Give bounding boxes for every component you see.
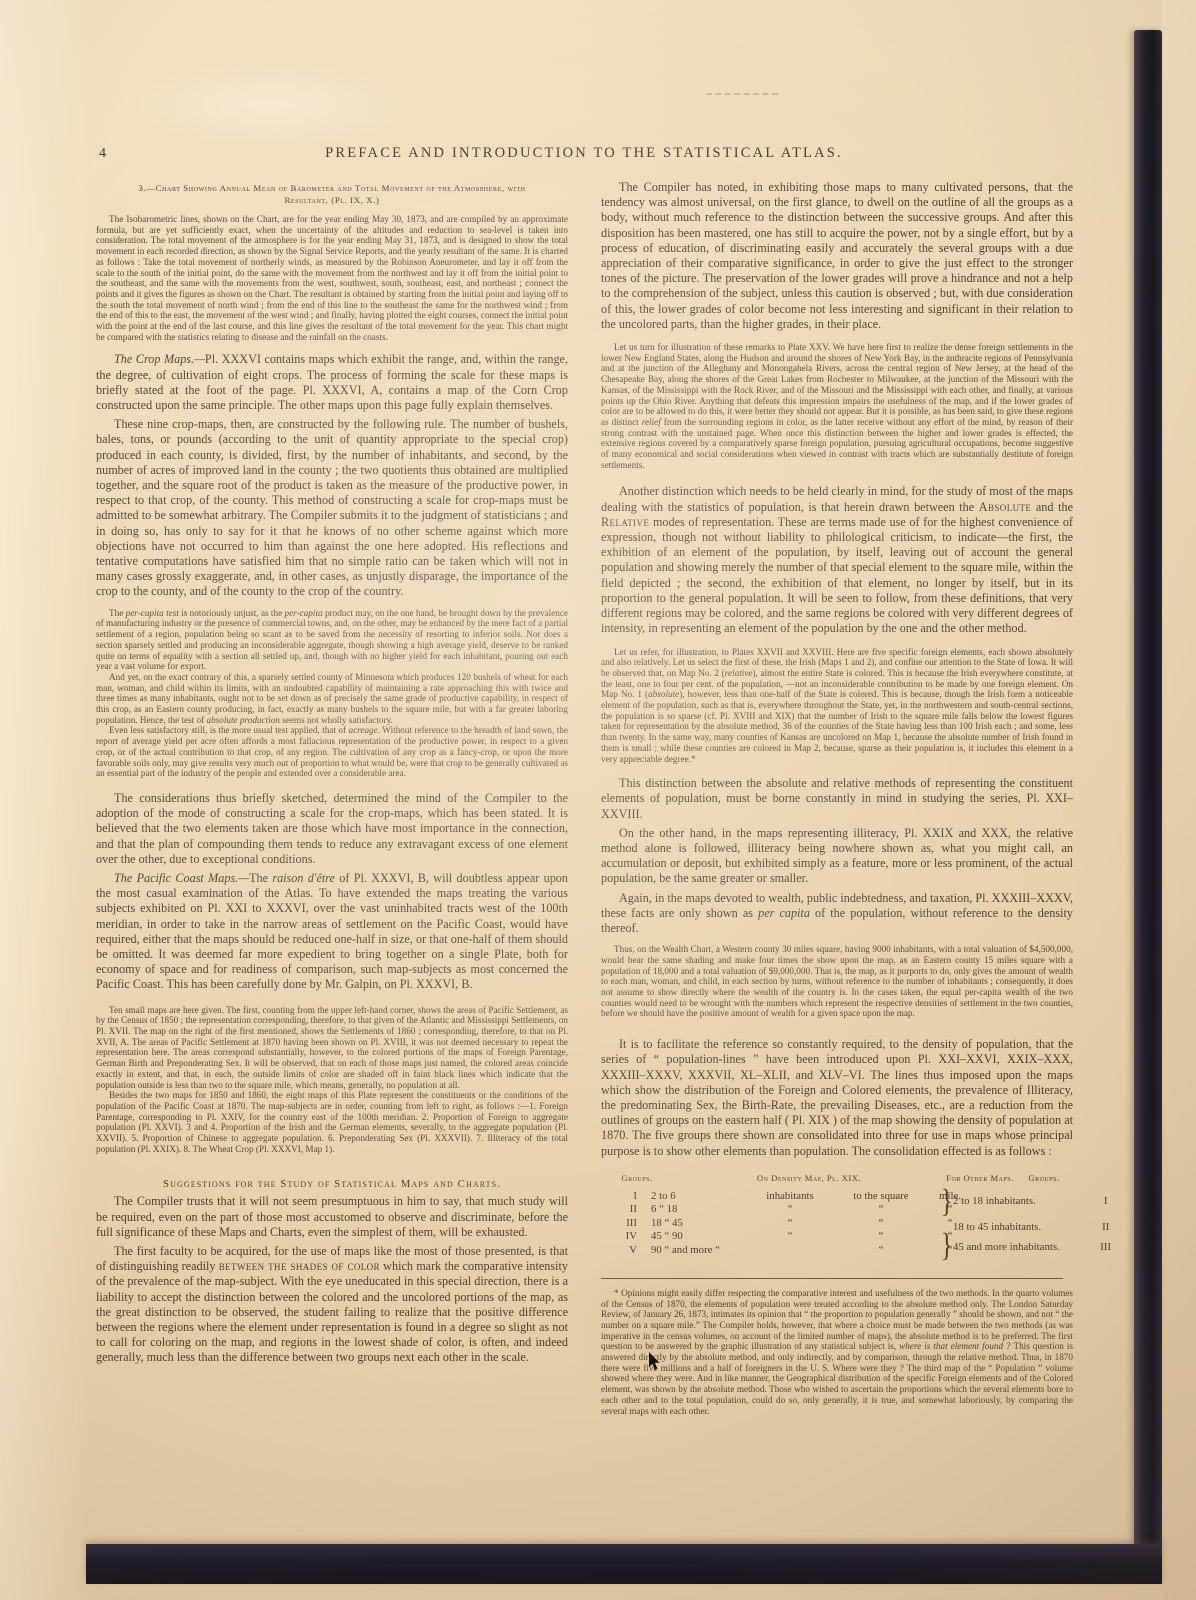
section-heading: 3.—Chart Showing Annual Mean of Baromete…	[96, 183, 568, 206]
paragraph-compiler-trusts: The Compiler trusts that it will not see…	[96, 1194, 568, 1240]
group-numeral: II	[1084, 1221, 1128, 1233]
ditto-mark: “	[833, 1244, 929, 1258]
ditto-mark: “	[833, 1217, 929, 1231]
paragraph-ten-small-maps: Ten small maps are here given. The first…	[96, 1005, 568, 1091]
paragraph-facilitate: It is to facilitate the reference so con…	[601, 1037, 1073, 1159]
suggestions-heading: Suggestions for the Study of Statistical…	[96, 1178, 568, 1190]
density-range: 45 “ 90	[637, 1230, 747, 1244]
group-numeral: I	[601, 1190, 637, 1204]
group-numeral: V	[601, 1244, 637, 1258]
paragraph-let-us-turn: Let us turn for illustration of these re…	[601, 342, 1073, 470]
density-range: 90 “ and more “	[637, 1244, 747, 1258]
section-heading-line1: 3.—Chart Showing Annual Mean of Baromete…	[96, 183, 568, 195]
footnote-divider	[601, 1278, 1063, 1279]
table-row: 2 to 18 inhabitants. I	[953, 1195, 1128, 1207]
density-text: to the square	[833, 1190, 929, 1204]
mouse-cursor-icon	[648, 1352, 661, 1371]
paragraph-let-us-refer: Let us refer, for illustration, to Plate…	[601, 647, 1073, 765]
group-numeral: IV	[601, 1230, 637, 1244]
book-edge-right-dark	[1134, 30, 1162, 1546]
other-maps-label: 18 to 45 inhabitants.	[953, 1221, 1081, 1233]
right-column: The Compiler has noted, in exhibiting th…	[601, 176, 1073, 1416]
table-header-groups2: Groups.	[1015, 1173, 1073, 1183]
other-maps-label: 45 and more inhabitants.	[953, 1241, 1081, 1253]
paragraph-another-distinction: Another distinction which needs to be he…	[601, 484, 1073, 636]
ditto-mark: “	[833, 1230, 929, 1244]
table-header-groups: Groups.	[601, 1173, 673, 1183]
book-edge-right-outer	[1162, 0, 1196, 1600]
group-numeral: III	[601, 1217, 637, 1231]
book-edge-bottom-dark	[86, 1544, 1162, 1584]
paragraph-considerations: The considerations thus briefly sketched…	[96, 791, 568, 867]
paragraph-compiler-noted: The Compiler has noted, in exhibiting th…	[601, 180, 1073, 332]
paragraph-wealth-chart-note: Thus, on the Wealth Chart, a Western cou…	[601, 944, 1073, 1019]
paper-highlight	[120, 60, 420, 150]
paragraph-nine-crop-maps: These nine crop-maps, then, are construc…	[96, 417, 568, 599]
left-column: 3.—Chart Showing Annual Mean of Baromete…	[96, 183, 568, 1366]
group-numeral: III	[1084, 1241, 1128, 1253]
table-header-other-maps: For Other Maps.	[945, 1173, 1015, 1183]
table-row: 45 and more inhabitants. III	[953, 1241, 1128, 1253]
ditto-mark	[747, 1244, 833, 1258]
other-maps-label: 2 to 18 inhabitants.	[953, 1195, 1081, 1207]
ditto-mark: “	[747, 1230, 833, 1244]
table-header-density-map: On Density Map, Pl. XIX.	[673, 1173, 945, 1183]
paragraph-crop-maps: The Crop Maps.—Pl. XXXVI contains maps w…	[96, 352, 568, 413]
page-title: PREFACE AND INTRODUCTION TO THE STATISTI…	[96, 145, 1072, 162]
paragraph-again-wealth: Again, in the maps devoted to wealth, pu…	[601, 891, 1073, 937]
group-numeral: I	[1084, 1195, 1128, 1207]
paragraph-besides-two-maps: Besides the two maps for 1850 and 1860, …	[96, 1090, 568, 1154]
density-range: 6 “ 18	[637, 1203, 747, 1217]
paragraph-distinction-series: This distinction between the absolute an…	[601, 776, 1073, 822]
ditto-mark: “	[747, 1203, 833, 1217]
scanned-document-page: 4 PREFACE AND INTRODUCTION TO THE STATIS…	[0, 0, 1196, 1600]
table-body: I 2 to 6 inhabitants to the square mile.…	[601, 1190, 1073, 1262]
section-heading-line2: Resultant. (Pl. IX, X.)	[96, 195, 568, 207]
paragraph-first-faculty: The first faculty to be acquired, for th…	[96, 1244, 568, 1366]
table-row: 18 to 45 inhabitants. II	[953, 1221, 1128, 1233]
table-header-row: Groups. On Density Map, Pl. XIX. For Oth…	[601, 1173, 1073, 1183]
density-text: inhabitants	[747, 1190, 833, 1204]
page-left-shading	[0, 0, 90, 1600]
density-range: 2 to 6	[637, 1190, 747, 1204]
table-other-maps-column: } } 2 to 18 inhabitants. I 18 to 45 inha…	[953, 1190, 1073, 1262]
pencil-mark-artifact	[706, 93, 778, 95]
paragraph-per-capita-note: The per-capita test is notoriously unjus…	[96, 608, 568, 672]
paragraph-and-yet-note: And yet, on the exact contrary of this, …	[96, 672, 568, 726]
brace-glyph: }	[941, 1228, 953, 1264]
paragraph-other-hand: On the other hand, in the maps represent…	[601, 826, 1073, 887]
footnote-text: * Opinions might easily differ respectin…	[601, 1288, 1073, 1416]
paragraph-even-less-note: Even less satisfactory still, is the mor…	[96, 725, 568, 779]
paragraph-isobarometric-note: The Isobarometric lines, shown on the Ch…	[96, 214, 568, 342]
ditto-mark: “	[833, 1203, 929, 1217]
consolidation-table: Groups. On Density Map, Pl. XIX. For Oth…	[601, 1173, 1073, 1262]
density-range: 18 “ 45	[637, 1217, 747, 1231]
group-numeral: II	[601, 1203, 637, 1217]
ditto-mark: “	[747, 1217, 833, 1231]
paragraph-pacific-coast-maps: The Pacific Coast Maps.—The raison d'êtr…	[96, 871, 568, 993]
brace-glyph: }	[941, 1184, 953, 1220]
